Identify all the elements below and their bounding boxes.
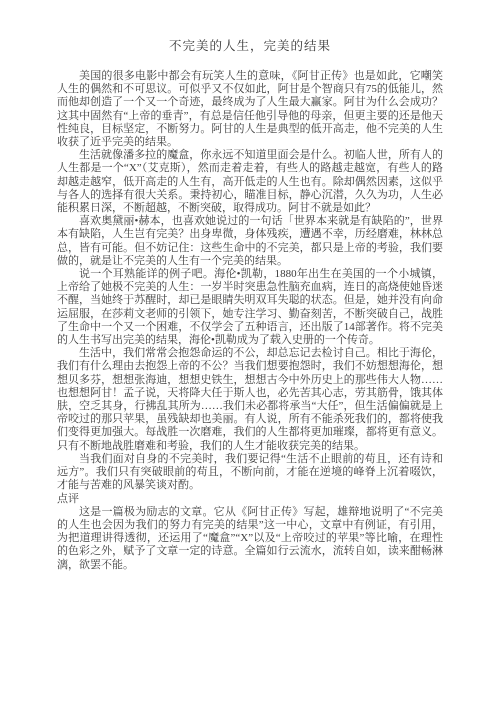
- paragraph-forrest-gump-intro: 美国的很多电影中都会有玩笑人生的意味，《阿甘正传》也是如此，它嘲笑人生的偶然和不…: [57, 70, 443, 149]
- paragraph-audrey-hepburn: 喜欢奥黛丽•赫本，也喜欢她说过的一句话「世界本来就是有缺陷的”，世界本有缺陷，人…: [57, 215, 443, 268]
- paragraph-complaints-mencius: 生活中，我们常常会抱怨命运的不公，却总忘记去检讨自己。相比于海伦，我们有什么理由…: [57, 347, 443, 453]
- paragraph-pandora-box: 生活就像潘多拉的魔盒，你永远不知道里面会是什么。初临人世，所有人的人生都是一个“…: [57, 149, 443, 215]
- paragraph-poetry-and-distance: 当我们面对自身的不完美时，我们要记得“生活不止眼前的苟且，还有诗和远方”。我们只…: [57, 453, 443, 493]
- comment-section-label: 点评: [57, 493, 443, 506]
- document-page: 不完美的人生，完美的结果 美国的很多电影中都会有玩笑人生的意味，《阿甘正传》也是…: [0, 0, 500, 707]
- document-body: 美国的很多电影中都会有玩笑人生的意味，《阿甘正传》也是如此，它嘲笑人生的偶然和不…: [57, 70, 443, 572]
- paragraph-helen-keller: 说一个耳熟能详的例子吧。海伦•凯勒，1880年出生在美国的一个小城镇，上帝给了她…: [57, 268, 443, 347]
- paragraph-teacher-comment: 这是一篇极为励志的文章。它从《阿甘正传》写起，雄辩地说明了“不完美的人生也会因为…: [57, 506, 443, 572]
- document-title: 不完美的人生，完美的结果: [57, 36, 443, 54]
